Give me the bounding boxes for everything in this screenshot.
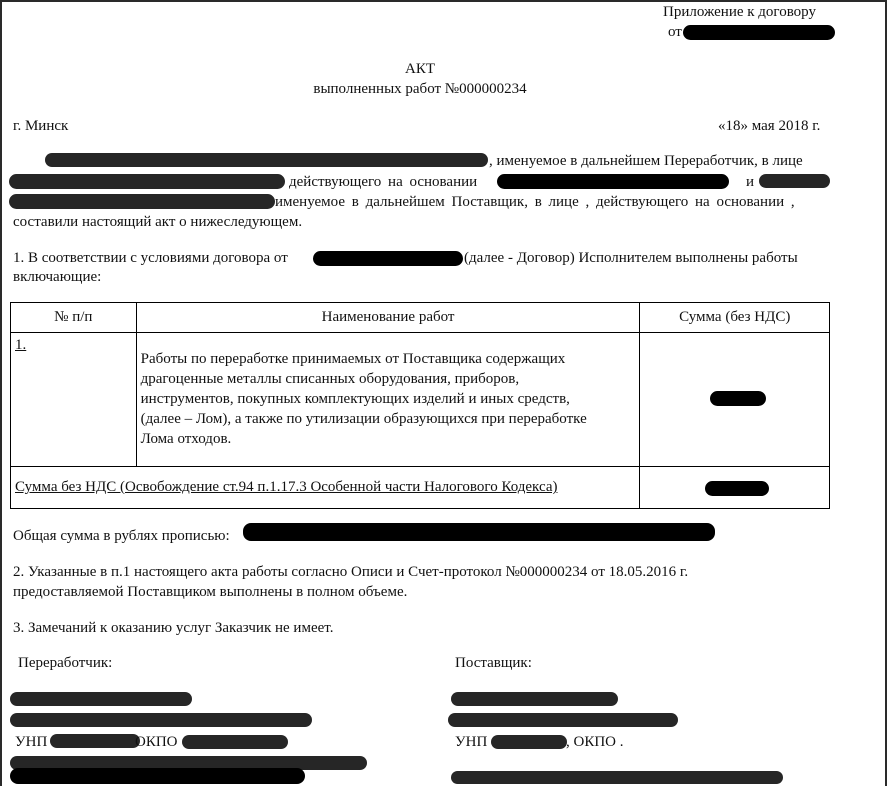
total-amount-cell <box>640 467 830 509</box>
preamble-line1: , именуемое в дальнейшем Переработчик, в… <box>489 153 803 170</box>
description-line: драгоценные металлы списанных оборудован… <box>141 369 636 389</box>
total-label: Сумма без НДС (Освобождение ст.94 п.1.17… <box>15 479 557 495</box>
appendix-from-label: от <box>668 24 682 41</box>
description-line: Лома отходов. <box>141 429 636 449</box>
city: г. Минск <box>13 118 68 135</box>
clause1-text-after: (далее - Договор) Исполнителем выполнены… <box>464 250 798 267</box>
act-subtitle: выполненных работ №000000234 <box>0 81 840 98</box>
redacted-processor-okpo <box>182 735 288 749</box>
redacted-contract-date <box>683 25 835 40</box>
description-line: (далее – Лом), а также по утилизации обр… <box>141 409 636 429</box>
row-amount-cell <box>640 333 830 467</box>
total-words-label: Общая сумма в рублях прописью: <box>13 528 230 545</box>
header-work-name: Наименование работ <box>136 303 640 333</box>
preamble-line3: именуемое в дальнейшем Поставщик, в лице… <box>275 194 795 211</box>
works-table: № п/п Наименование работ Сумма (без НДС)… <box>10 302 830 509</box>
redacted-processor-unp <box>50 734 140 748</box>
redacted-supplier-line1 <box>451 692 618 706</box>
preamble-and: и <box>746 174 754 191</box>
supplier-title: Поставщик: <box>455 655 532 672</box>
table-row: 1. Работы по переработке принимаемых от … <box>11 333 830 467</box>
description-line: инструментов, покупных комплектующих изд… <box>141 389 636 409</box>
clause1-text-before: 1. В соответствии с условиями договора о… <box>13 250 288 267</box>
header-number: № п/п <box>11 303 137 333</box>
redacted-total-amount <box>705 481 769 496</box>
preamble-line2: действующего на основании <box>289 174 477 191</box>
header-amount: Сумма (без НДС) <box>640 303 830 333</box>
processor-title: Переработчик: <box>18 655 112 672</box>
act-date: «18» мая 2018 г. <box>718 118 820 135</box>
redacted-supplier-unp <box>491 735 567 749</box>
table-total-row: Сумма без НДС (Освобождение ст.94 п.1.17… <box>11 467 830 509</box>
redacted-supplier-name <box>9 194 275 209</box>
redacted-processor-line1 <box>10 692 192 706</box>
preamble-line4: составили настоящий акт о нижеследующем. <box>13 214 302 231</box>
processor-okpo-label: ОКПО <box>135 734 178 751</box>
redacted-processor-name <box>45 153 488 167</box>
redacted-processor-line2 <box>10 713 312 727</box>
act-title: АКТ <box>0 61 840 78</box>
clause3: 3. Замечаний к оказанию услуг Заказчик н… <box>13 620 333 637</box>
redacted-processor-basis <box>497 174 729 189</box>
processor-unp-label: УНП <box>15 734 47 751</box>
clause2-line1: 2. Указанные в п.1 настоящего акта работ… <box>13 564 688 581</box>
redacted-processor-rep <box>9 174 285 189</box>
redacted-total-words <box>243 523 715 541</box>
row-description: Работы по переработке принимаемых от Пос… <box>136 333 640 467</box>
redacted-supplier-name-start <box>759 174 830 188</box>
clause1-line2: включающие: <box>13 269 101 286</box>
redacted-processor-line5 <box>10 768 305 784</box>
supplier-unp-label: УНП <box>455 734 487 751</box>
description-line: Работы по переработке принимаемых от Пос… <box>141 349 636 369</box>
clause2-line2: предоставляемой Поставщиком выполнены в … <box>13 584 407 601</box>
row-number: 1. <box>15 337 26 353</box>
supplier-okpo-label: , ОКПО . <box>566 734 624 751</box>
redacted-row-amount <box>710 391 766 406</box>
table-header-row: № п/п Наименование работ Сумма (без НДС) <box>11 303 830 333</box>
redacted-contract-date-2 <box>313 251 463 266</box>
redacted-supplier-line4 <box>451 771 783 784</box>
appendix-label: Приложение к договору <box>663 4 816 21</box>
redacted-supplier-line2 <box>448 713 678 727</box>
